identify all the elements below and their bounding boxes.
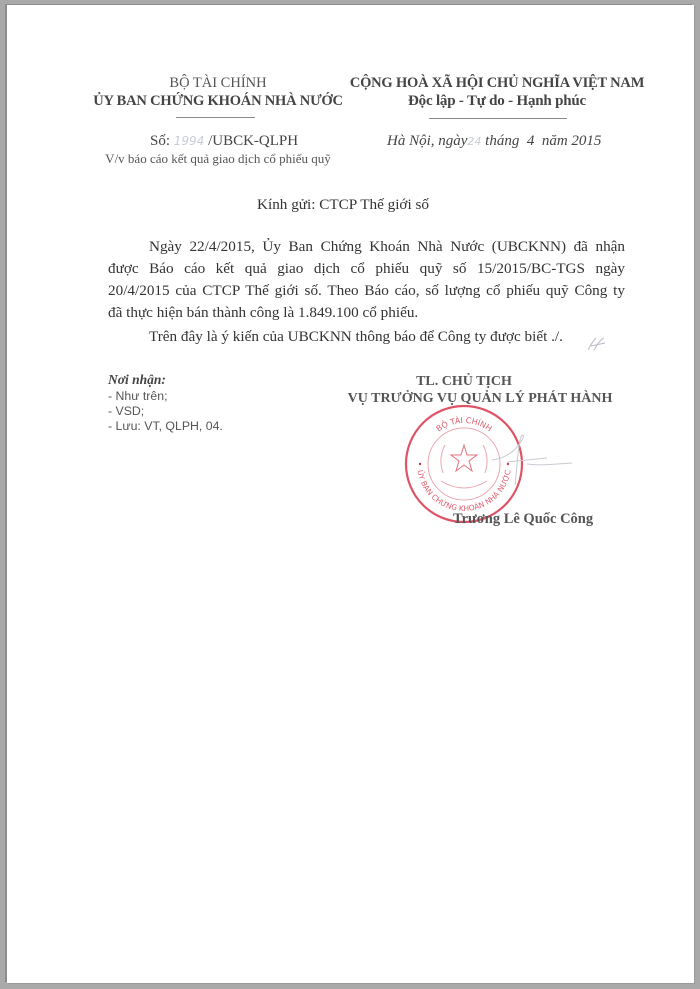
date-line: Hà Nội, ngày24 tháng 4 năm 2015 (387, 133, 601, 150)
left-header-rule (176, 117, 255, 118)
initials-scribble-icon (586, 335, 608, 353)
document-subject: V/v báo cáo kết quả giao dịch cổ phiếu q… (105, 151, 331, 167)
ministry-name: BỘ TÀI CHÍNH (169, 75, 266, 92)
signer-name: Trương Lê Quốc Công (453, 511, 593, 528)
date-day-handwritten: 24 (467, 135, 481, 148)
recipients-item: - VSD; (108, 404, 144, 418)
doc-number-suffix: /UBCK-QLPH (208, 133, 298, 149)
country-name: CỘNG HOÀ XÃ HỘI CHỦ NGHĨA VIỆT NAM (350, 75, 644, 92)
body-line-3: 20/4/2015 của CTCP Thế giới số. Theo Báo… (108, 282, 625, 300)
doc-number-label: Số: (150, 133, 170, 149)
recipients-item: - Như trên; (108, 389, 168, 403)
seal-top-text: BỘ TÀI CHÍNH (434, 414, 493, 433)
body-closing-line: Trên đây là ý kiến của UBCKNN thông báo … (149, 328, 563, 346)
date-rest: tháng 4 năm 2015 (485, 133, 601, 149)
recipients-title: Nơi nhận: (108, 372, 166, 388)
handwritten-signature-icon (487, 430, 577, 490)
body-line-4: đã thực hiện bán thành công là 1.849.100… (108, 304, 418, 322)
date-prefix: Hà Nội, ngày (387, 133, 467, 149)
agency-name: ỦY BAN CHỨNG KHOÁN NHÀ NƯỚC (93, 93, 343, 110)
document-number: Số: 1994 /UBCK-QLPH (150, 133, 298, 150)
document-page: BỘ TÀI CHÍNH ỦY BAN CHỨNG KHOÁN NHÀ NƯỚC… (7, 5, 694, 983)
on-behalf-title: TL. CHỦ TỊCH (416, 374, 512, 390)
doc-number-handwritten: 1994 (174, 134, 205, 148)
recipients-item: - Lưu: VT, QLPH, 04. (108, 419, 223, 433)
national-motto: Độc lập - Tự do - Hạnh phúc (408, 93, 586, 110)
svg-text:BỘ TÀI CHÍNH: BỘ TÀI CHÍNH (434, 414, 493, 433)
body-line-1: Ngày 22/4/2015, Ủy Ban Chứng Khoán Nhà N… (108, 238, 625, 256)
body-line-2: được Báo cáo kết quả giao dịch cổ phiếu … (108, 260, 625, 278)
recipient-line: Kính gửi: CTCP Thế giới số (257, 196, 429, 214)
right-header-rule (429, 118, 567, 119)
